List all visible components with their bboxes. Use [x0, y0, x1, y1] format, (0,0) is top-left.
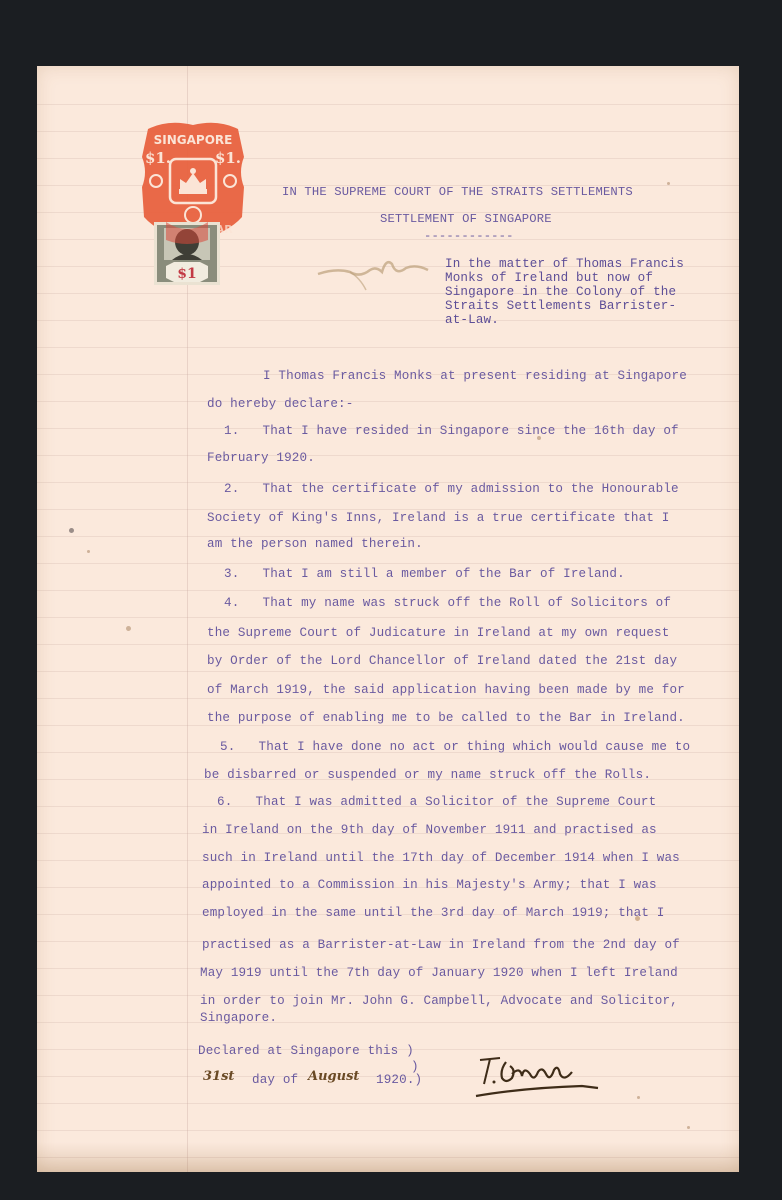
foxing-speck [667, 182, 670, 185]
settlement-heading: SETTLEMENT OF SINGAPORE [380, 213, 552, 225]
body-line: 6. That I was admitted a Solicitor of th… [217, 796, 656, 809]
small-stamp-value: $1 [177, 266, 196, 282]
body-line: do hereby declare:- [207, 398, 353, 411]
svg-text:$1.: $1. [145, 149, 171, 167]
declaration-bracket: ) [411, 1061, 419, 1074]
adhesive-stamp: $1 [154, 222, 220, 285]
king-george-stamp-icon: $1 [154, 222, 220, 285]
handwritten-month: August [308, 1069, 359, 1084]
body-line: Society of King's Inns, Ireland is a tru… [207, 512, 669, 525]
body-line: 2. That the certificate of my admission … [224, 483, 679, 496]
body-line: 5. That I have done no act or thing whic… [220, 741, 690, 754]
foxing-speck [69, 528, 74, 533]
stamp-top-text: SINGAPORE [154, 133, 233, 147]
body-line: February 1920. [207, 452, 315, 465]
body-line: in Ireland on the 9th day of November 19… [202, 824, 657, 837]
body-line: Singapore. [200, 1012, 277, 1025]
body-line: appointed to a Commission in his Majesty… [202, 879, 657, 892]
body-line: May 1919 until the 7th day of January 19… [200, 967, 678, 980]
body-line: the Supreme Court of Judicature in Irela… [207, 627, 669, 640]
signature [472, 1052, 602, 1107]
body-line: employed in the same until the 3rd day o… [202, 907, 664, 920]
matter-line: at-Law. [445, 314, 499, 328]
faded-signature-icon [316, 252, 436, 292]
body-line: of March 1919, the said application havi… [207, 684, 685, 697]
body-line: be disbarred or suspended or my name str… [204, 769, 651, 782]
declaration-year: 1920.) [376, 1074, 422, 1087]
body-line: the purpose of enabling me to be called … [207, 712, 685, 725]
matter-line: In the matter of Thomas Francis [445, 258, 684, 272]
matter-line: Singapore in the Colony of the [445, 286, 676, 300]
handwritten-day: 31st [203, 1069, 234, 1084]
svg-text:$1.: $1. [215, 149, 241, 167]
matter-line: Straits Settlements Barrister- [445, 300, 676, 314]
body-line: 4. That my name was struck off the Roll … [224, 597, 671, 610]
faded-signature [316, 252, 436, 297]
foxing-speck [126, 626, 131, 631]
declaration-line: Declared at Singapore this ) [198, 1045, 414, 1058]
foxing-speck [87, 550, 90, 553]
heading-rule: ------------ [424, 230, 514, 242]
matter-line: Monks of Ireland but now of [445, 272, 653, 286]
body-line: such in Ireland until the 17th day of De… [202, 852, 680, 865]
foxing-speck [637, 1096, 640, 1099]
court-heading: IN THE SUPREME COURT OF THE STRAITS SETT… [282, 186, 633, 198]
body-line: 1. That I have resided in Singapore sinc… [224, 425, 679, 438]
body-line: I Thomas Francis Monks at present residi… [263, 370, 687, 383]
signature-icon [472, 1052, 602, 1102]
body-line: 3. That I am still a member of the Bar o… [224, 568, 625, 581]
body-line: am the person named therein. [207, 538, 423, 551]
body-line: practised as a Barrister-at-Law in Irela… [202, 939, 680, 952]
foxing-speck [687, 1126, 690, 1129]
declaration-day-of: day of [252, 1074, 298, 1087]
body-line: in order to join Mr. John G. Campbell, A… [200, 995, 678, 1008]
body-line: by Order of the Lord Chancellor of Irela… [207, 655, 677, 668]
